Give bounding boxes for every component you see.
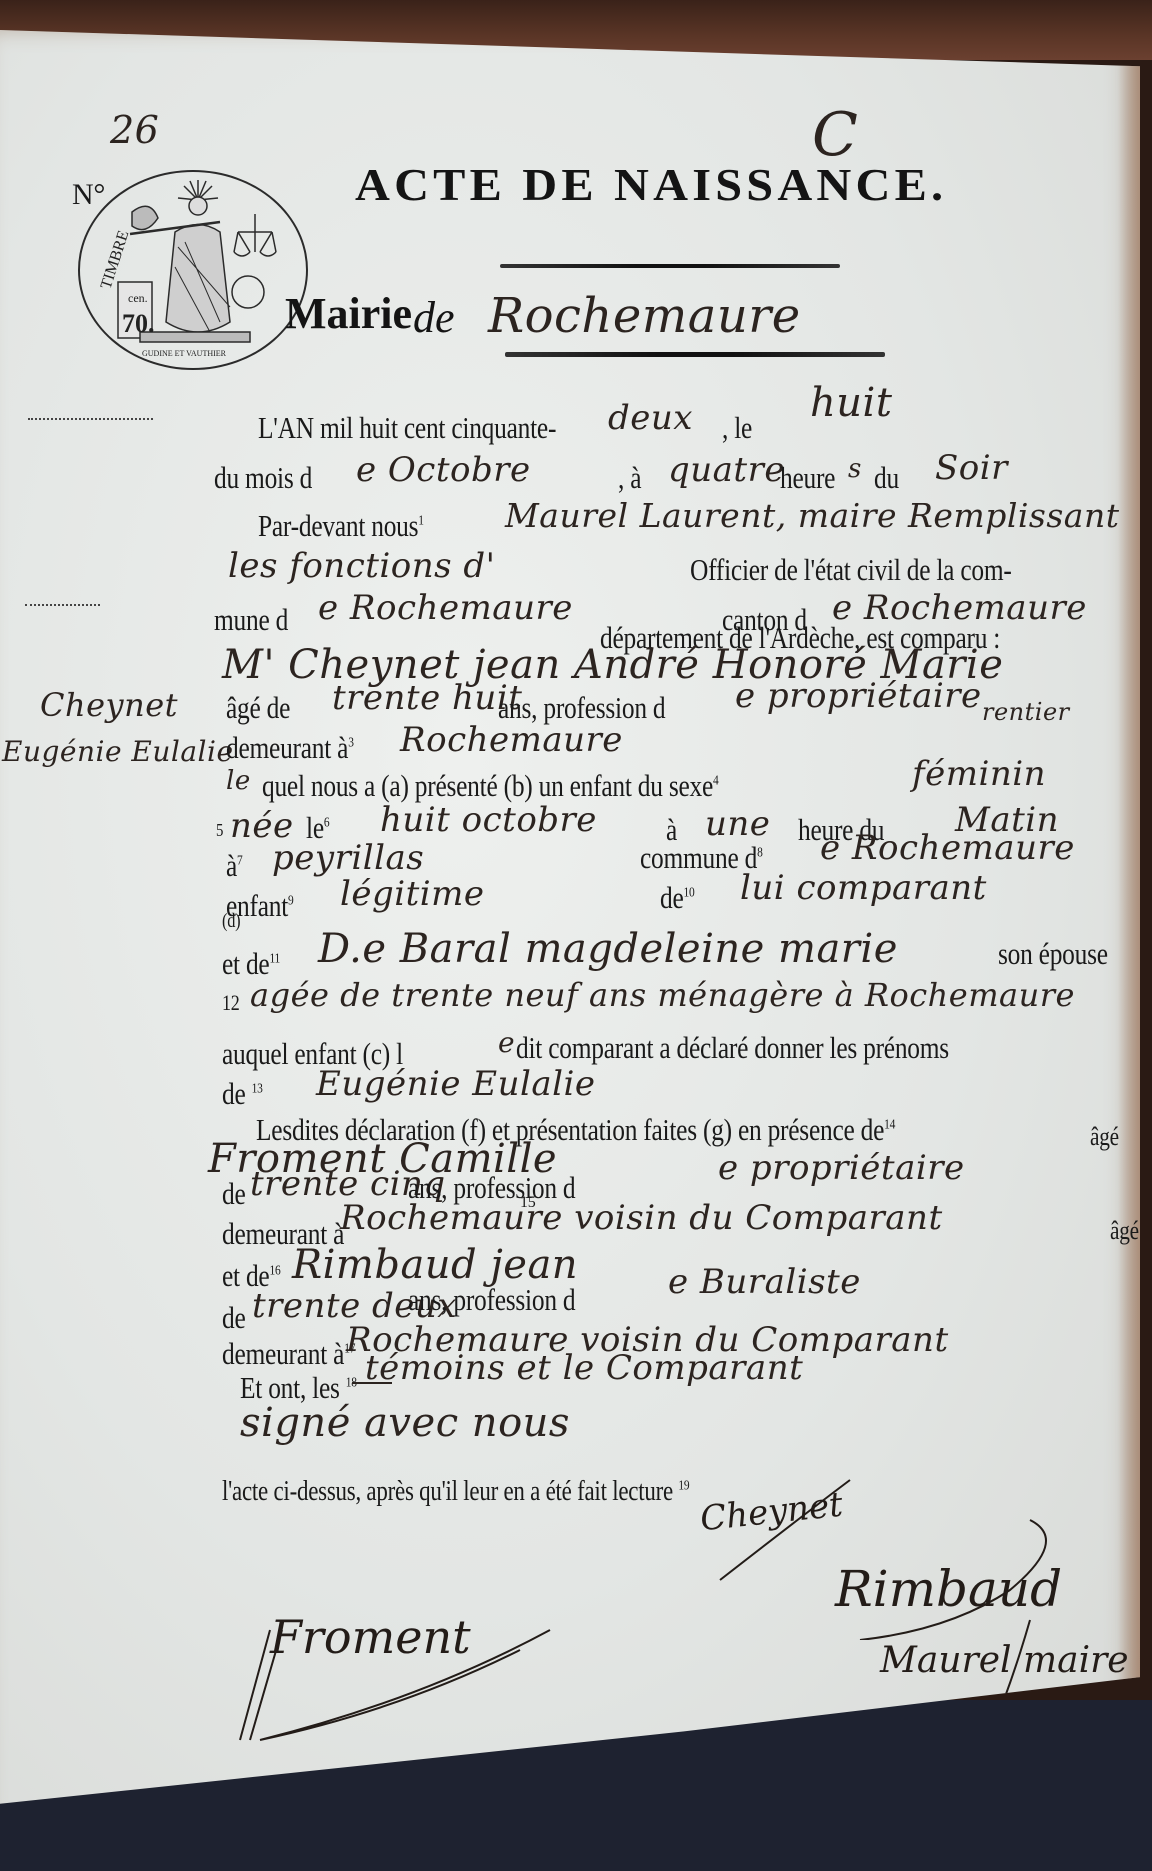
printed-a: , à bbox=[618, 460, 641, 496]
hand-birth-hour: une bbox=[705, 804, 770, 844]
hand-officer: Maurel Laurent, maire Remplissant bbox=[505, 496, 1119, 535]
hand-soir: Soir bbox=[935, 448, 1008, 488]
mairie-rule bbox=[505, 352, 885, 357]
document-title: ACTE DE NAISSANCE. bbox=[355, 158, 947, 211]
mairie-de: de bbox=[413, 292, 455, 343]
printed-mois: du mois d bbox=[214, 460, 312, 496]
sup-15: 15 bbox=[520, 1194, 535, 1212]
hand-month: e Octobre bbox=[356, 450, 531, 490]
hand-witness1-profession: e propriétaire bbox=[718, 1148, 965, 1188]
hand-commune: e Rochemaure bbox=[318, 588, 573, 628]
title-rule bbox=[500, 264, 840, 268]
tax-stamp: cen. 70. TIMBRE GUDINE ET VAUTHIER bbox=[78, 170, 308, 370]
printed-a-place: à7 bbox=[226, 848, 243, 884]
printed-par-devant: Par-devant nous1 bbox=[258, 508, 424, 544]
hand-rentier: rentier bbox=[982, 698, 1070, 726]
certificate-number: 26 bbox=[110, 108, 159, 152]
hand-witness2-profession: e Buraliste bbox=[668, 1262, 861, 1302]
printed-presente: quel nous a (a) présenté (b) un enfant d… bbox=[262, 768, 719, 804]
hand-signers: témoins et le Comparant bbox=[365, 1348, 803, 1388]
hand-le-dit: e bbox=[498, 1026, 515, 1059]
printed-age: âgé de bbox=[226, 690, 290, 726]
printed-12: 12 bbox=[222, 990, 240, 1016]
hand-father-age: trente huit bbox=[332, 678, 522, 718]
stamp-value: 70. bbox=[122, 309, 155, 338]
hand-legitime: légitime bbox=[340, 874, 485, 914]
printed-de-13: de 13 bbox=[222, 1076, 263, 1112]
hand-day: huit bbox=[810, 380, 892, 426]
hand-heure-s: s bbox=[848, 454, 862, 484]
hand-lui-comparant: lui comparant bbox=[740, 868, 987, 908]
hand-birth-date: huit octobre bbox=[380, 800, 597, 840]
mairie-label: Mairie bbox=[285, 288, 412, 339]
margin-surname: Cheynet bbox=[40, 686, 178, 724]
hand-mother-name: D.e Baral magdeleine marie bbox=[318, 926, 898, 972]
printed-demeurant-w2: demeurant à17 bbox=[222, 1336, 355, 1372]
stamp-unit: cen. bbox=[128, 291, 148, 305]
printed-year: L'AN mil huit cent cinquante- bbox=[258, 410, 556, 446]
printed-age-w1: âgé bbox=[1090, 1122, 1119, 1152]
hand-birth-commune: e Rochemaure bbox=[820, 828, 1075, 868]
witness1-flourish-icon bbox=[220, 1590, 560, 1750]
printed-officier: Officier de l'état civil de la com- bbox=[690, 552, 1012, 588]
justice-figure-icon: cen. 70. TIMBRE GUDINE ET VAUTHIER bbox=[80, 172, 306, 368]
hand-signe-avec-nous: signé avec nous bbox=[240, 1400, 570, 1446]
printed-age-w2: âgé bbox=[1110, 1216, 1139, 1246]
printed-declare: dit comparant a déclaré donner les préno… bbox=[516, 1030, 949, 1066]
hand-fonctions: les fonctions d' bbox=[228, 546, 496, 586]
printed-lecture: l'acte ci-dessus, après qu'il leur en a … bbox=[222, 1476, 689, 1508]
printed-demeurant: demeurant à3 bbox=[226, 730, 354, 766]
stamp-engraver: GUDINE ET VAUTHIER bbox=[142, 349, 227, 358]
hand-witness1-residence: Rochemaure voisin du Comparant bbox=[340, 1198, 943, 1238]
hand-hour: quatre bbox=[668, 450, 785, 490]
certificate-page: N° 26 C bbox=[0, 30, 1140, 1840]
hand-father-residence: Rochemaure bbox=[400, 720, 623, 760]
printed-du: du bbox=[874, 460, 899, 496]
page-edge-shadow bbox=[1118, 30, 1140, 1840]
margin-ornament bbox=[28, 418, 153, 420]
hand-child-names: Eugénie Eulalie bbox=[316, 1064, 596, 1104]
printed-de-w1: de bbox=[222, 1176, 246, 1212]
strike-mark bbox=[352, 1382, 392, 1384]
hand-birth-place: peyrillas bbox=[272, 838, 424, 878]
mairie-place: Rochemaure bbox=[488, 288, 801, 344]
sup-5: 5 bbox=[216, 820, 223, 841]
hand-sex: féminin bbox=[912, 754, 1046, 794]
printed-le: , le bbox=[722, 410, 752, 446]
printed-note-d: (d) bbox=[222, 910, 240, 933]
hand-mother-details: agée de trente neuf ans ménagère à Roche… bbox=[250, 976, 1075, 1014]
printed-commune: mune d bbox=[214, 602, 288, 638]
hand-le: le bbox=[226, 766, 251, 796]
margin-given-names: Eugénie Eulalie bbox=[2, 735, 234, 768]
printed-son-epouse: son épouse bbox=[998, 936, 1108, 972]
printed-profession-w2: ans, profession d bbox=[408, 1282, 575, 1318]
hand-year: deux bbox=[608, 398, 693, 438]
printed-heure: heure bbox=[780, 460, 835, 496]
printed-de-10: de10 bbox=[660, 880, 695, 916]
printed-de-w2: de bbox=[222, 1300, 246, 1336]
hand-father-profession: e propriétaire bbox=[735, 676, 982, 716]
margin-ornament bbox=[25, 604, 100, 606]
